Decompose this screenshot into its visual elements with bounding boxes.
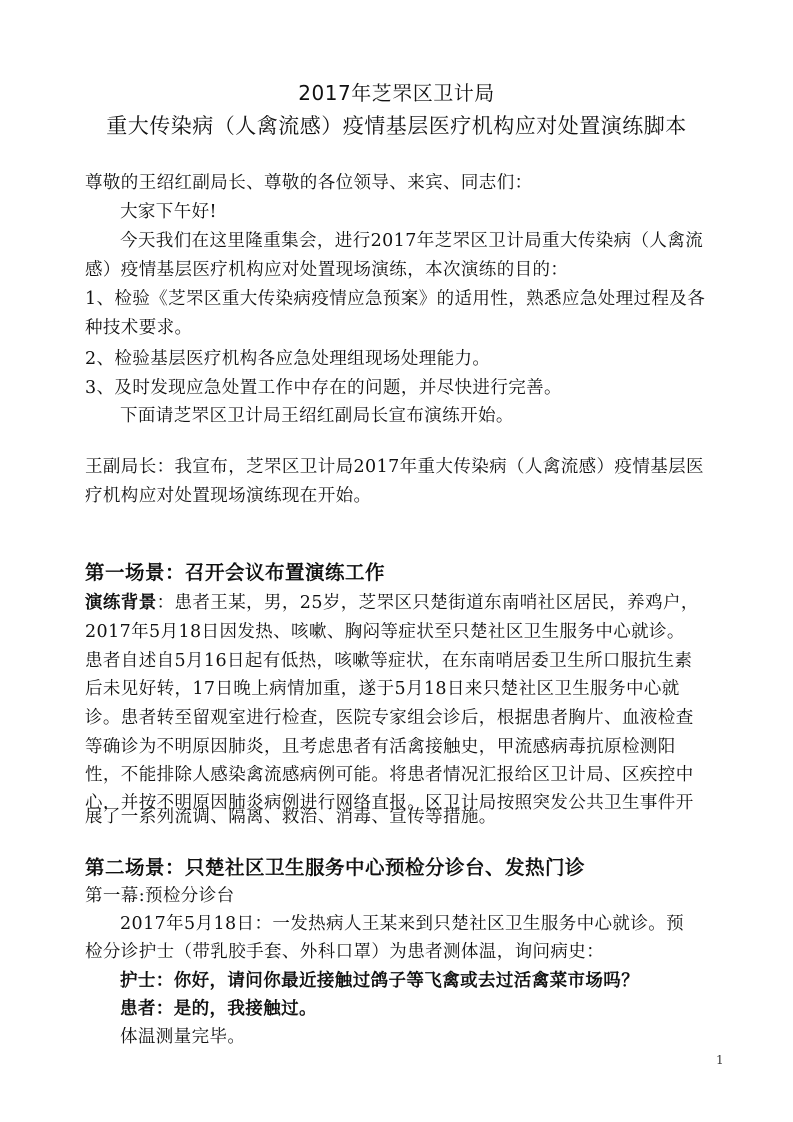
invite-line: 下面请芝罘区卫计局王绍红副局长宣布演练开始。 bbox=[120, 405, 750, 427]
announcement-line: 疗机构应对处置现场演练现在开始。 bbox=[85, 485, 715, 507]
scene1-heading: 第一场景：召开会议布置演练工作 bbox=[85, 562, 715, 584]
goal-item-1-cont: 种技术要求。 bbox=[85, 317, 715, 339]
scene1-background-line: 患者自述自5月16日起有低热，咳嗽等症状，在东南哨居委卫生所口服抗生素 bbox=[85, 650, 715, 672]
goal-item-1: 1、检验《芝罘区重大传染病疫情应急预案》的适用性，熟悉应急处理过程及各 bbox=[85, 288, 715, 310]
document-title-line2: 重大传染病（人禽流感）疫情基层医疗机构应对处置演练脚本 bbox=[0, 113, 793, 139]
scene1-background-line: 诊。患者转至留观室进行检查，医院专家组会诊后，根据患者胸片、血液检查 bbox=[85, 707, 715, 729]
document-title-line1: 2017年芝罘区卫计局 bbox=[0, 80, 793, 106]
scene1-background-line: 展了一系列流调、隔离、救治、消毒、宣传等措施。 bbox=[85, 806, 715, 828]
dialogue-nurse: 护士：你好，请问你最近接触过鸽子等飞禽或去过活禽菜市场吗？ bbox=[120, 970, 750, 992]
background-label: 演练背景 bbox=[85, 593, 157, 613]
intro-paragraph-line: 感）疫情基层医疗机构应对处置现场演练，本次演练的目的： bbox=[85, 259, 715, 281]
intro-paragraph-line: 今天我们在这里隆重集会，进行2017年芝罘区卫计局重大传染病（人禽流 bbox=[120, 230, 750, 252]
scene2-paragraph-line: 检分诊护士（带乳胶手套、外科口罩）为患者测体温，询问病史： bbox=[85, 941, 715, 963]
scene1-background-line: 性，不能排除人感染禽流感病例可能。将患者情况汇报给区卫计局、区疾控中 bbox=[85, 764, 715, 786]
greeting: 大家下午好! bbox=[120, 201, 750, 223]
dialogue-patient: 患者：是的，我接触过。 bbox=[120, 998, 750, 1020]
scene1-background-line: 演练背景：患者王某，男，25岁，芝罘区只楚街道东南哨社区居民，养鸡户， bbox=[85, 592, 715, 614]
goal-item-3: 3、及时发现应急处置工作中存在的问题，并尽快进行完善。 bbox=[85, 377, 715, 399]
scene1-background-line: 2017年5月18日因发热、咳嗽、胸闷等症状至只楚社区卫生服务中心就诊。 bbox=[85, 621, 715, 643]
scene1-background-line: 等确诊为不明原因肺炎，且考虑患者有活禽接触史，甲流感病毒抗原检测阳 bbox=[85, 736, 715, 758]
scene2-paragraph-line: 2017年5月18日：一发热病人王某来到只楚社区卫生服务中心就诊。预 bbox=[120, 913, 750, 935]
background-text: ：患者王某，男，25岁，芝罘区只楚街道东南哨社区居民，养鸡户， bbox=[157, 593, 699, 613]
act1-title: 第一幕:预检分诊台 bbox=[85, 885, 715, 907]
page-number: 1 bbox=[716, 1053, 724, 1067]
scene1-background-line: 后未见好转，17日晚上病情加重，遂于5月18日来只楚社区卫生服务中心就 bbox=[85, 678, 715, 700]
document-page: 2017年芝罘区卫计局 重大传染病（人禽流感）疫情基层医疗机构应对处置演练脚本 … bbox=[0, 0, 793, 1122]
goal-item-2: 2、检验基层医疗机构各应急处理组现场处理能力。 bbox=[85, 348, 715, 370]
announcement-line: 王副局长：我宣布，芝罘区卫计局2017年重大传染病（人禽流感）疫情基层医 bbox=[85, 456, 715, 478]
scene2-heading: 第二场景：只楚社区卫生服务中心预检分诊台、发热门诊 bbox=[85, 857, 715, 879]
closing-line: 体温测量完毕。 bbox=[120, 1026, 750, 1048]
salutation: 尊敬的王绍红副局长、尊敬的各位领导、来宾、同志们： bbox=[85, 172, 715, 194]
